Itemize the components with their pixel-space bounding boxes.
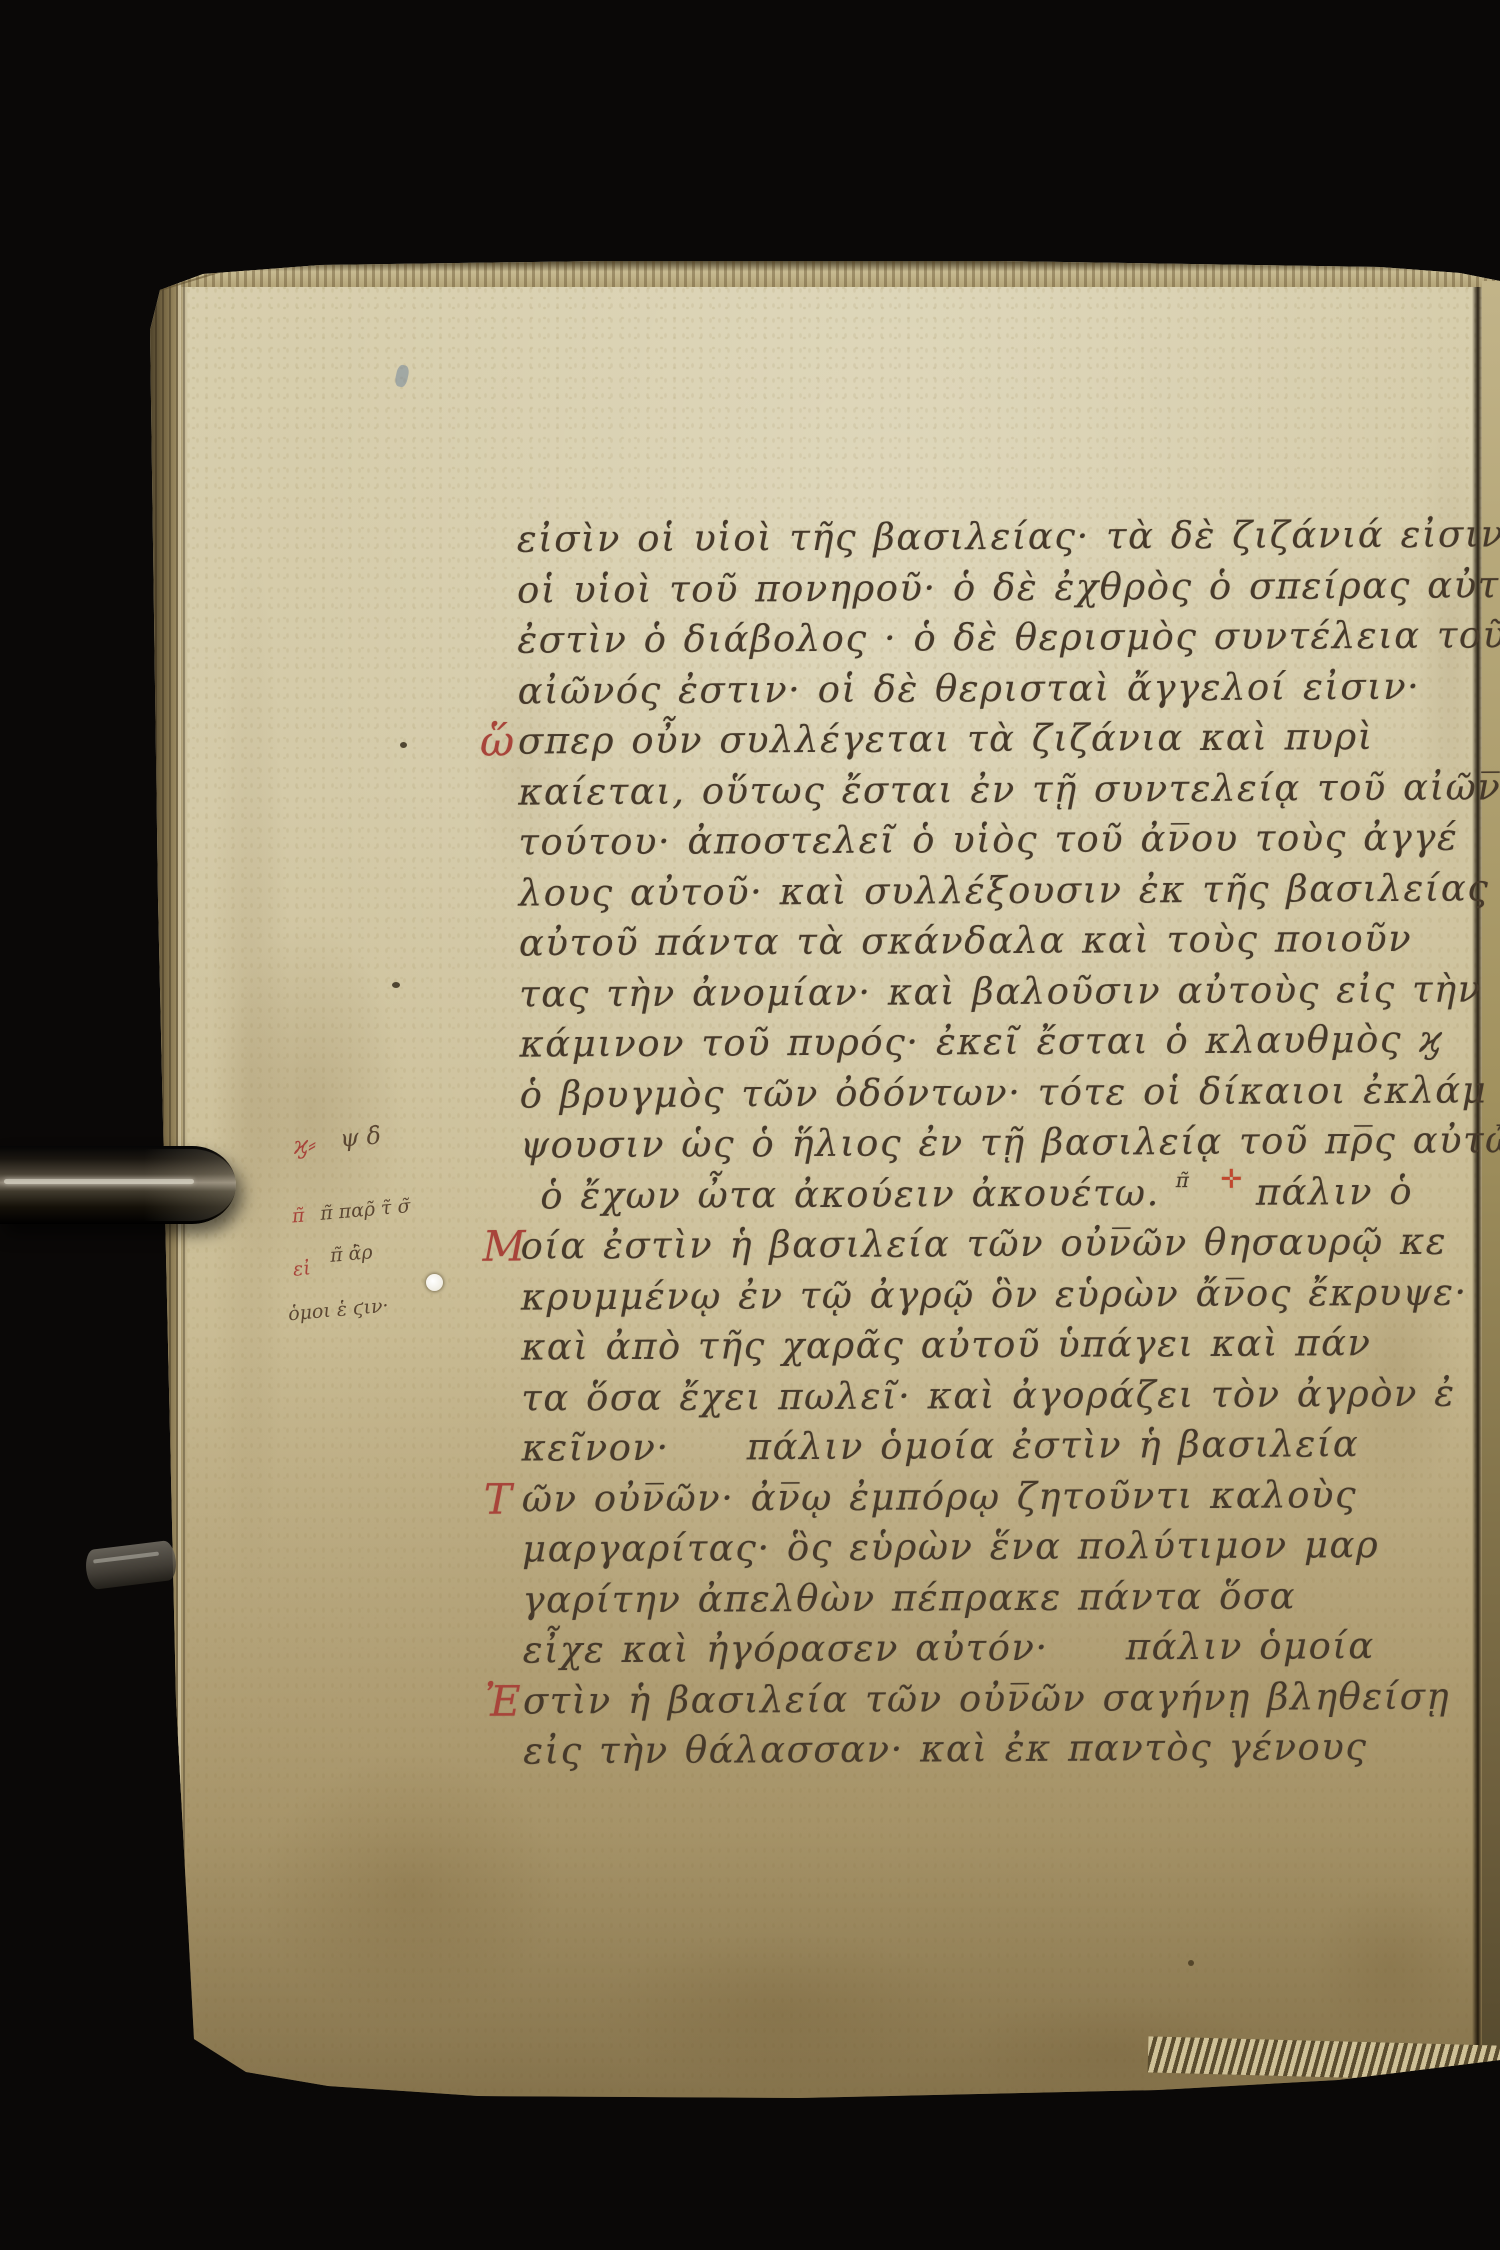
text-line: λους αὐτοῦ· καὶ συλλέξουσιν ἐκ τῆς βασιλ… — [519, 863, 1499, 919]
text-segment: κάμινον τοῦ πυρός· ἐκεῖ ἔσται ὁ κλαυθμὸς… — [519, 1018, 1443, 1066]
rod-highlight — [93, 1552, 159, 1564]
text-segment: σπερ οὖν συλλέγεται τὰ ζιζάνια καὶ πυρὶ — [518, 715, 1374, 762]
text-segment: ὁ ἔχων ὦτα ἀκούειν ἀκουέτω. — [540, 1171, 1160, 1217]
text-line: γαρίτην ἀπελθὼν πέπρακε πάντα ὅσα — [522, 1570, 1500, 1626]
text-segment: στὶν ἡ βασιλεία τῶν οὐν̅ῶν σαγήνῃ βληθεί… — [523, 1674, 1450, 1722]
text-segment: μαργαρίτας· ὃς εὑρὼν ἕνα πολύτιμον μαρ — [522, 1523, 1379, 1570]
text-segment: ψουσιν ὡς ὁ ἥλιος ἐν τῇ βασιλείᾳ τοῦ πρ̅… — [520, 1118, 1500, 1166]
manuscript-page: εἰσὶν οἱ υἱοὶ τῆς βασιλείας· τὰ δὲ ζιζάν… — [148, 253, 1500, 2113]
text-segment: εἶχε καὶ ἠγόρασεν αὐτόν· πάλιν ὁμοία — [523, 1624, 1375, 1671]
text-line: Ἐστὶν ἡ βασιλεία τῶν οὐν̅ῶν σαγήνῃ βληθε… — [523, 1671, 1500, 1727]
text-line: μαργαρίτας· ὃς εὑρὼν ἕνα πολύτιμον μαρ — [522, 1519, 1500, 1575]
rubric-initial: ὥ — [480, 717, 516, 768]
text-line: ἐστὶν ὁ διάβολος · ὁ δὲ θερισμὸς συντέλε… — [517, 610, 1497, 666]
rubric-initial: Μ — [482, 1222, 527, 1273]
text-line: κρυμμένῳ ἐν τῷ ἀγρῷ ὃν εὑρὼν ἄν̅ος ἔκρυψ… — [521, 1267, 1500, 1323]
text-line: τα ὅσα ἔχει πωλεῖ· καὶ ἀγοράζει τὸν ἀγρὸ… — [521, 1368, 1500, 1424]
rod-highlight — [4, 1179, 194, 1184]
rubric-initial: Ἐ — [485, 1676, 523, 1727]
text-line: Τῶν οὐν̅ῶν· ἀν̅ῳ ἐμπόρῳ ζητοῦντι καλοὺς — [522, 1469, 1500, 1525]
text-segment: καὶ ἀπὸ τῆς χαρᾶς αὐτοῦ ὑπάγει καὶ πάν — [521, 1321, 1372, 1368]
text-line: καίεται, οὕτως ἔσται ἐν τῇ συντελείᾳ τοῦ… — [518, 762, 1498, 818]
text-segment: γαρίτην ἀπελθὼν πέπρακε πάντα ὅσα — [522, 1574, 1296, 1621]
parchment-hole — [426, 1274, 443, 1291]
text-line: τας τὴν ἀνομίαν· καὶ βαλοῦσιν αὐτοὺς εἰς… — [519, 964, 1499, 1020]
text-segment: τούτου· ἀποστελεῖ ὁ υἱὸς τοῦ ἀν̅ου τοὺς … — [518, 816, 1458, 864]
text-segment: εἰσὶν οἱ υἱοὶ τῆς βασιλείας· τὰ δὲ ζιζάν… — [517, 512, 1500, 560]
photo-canvas: { "photo": { "subject": "Parchment page … — [0, 0, 1500, 2250]
text-segment: τα ὅσα ἔχει πωλεῖ· καὶ ἀγοράζει τὸν ἀγρὸ… — [521, 1371, 1455, 1419]
text-line: ὥσπερ οὖν συλλέγεται τὰ ζιζάνια καὶ πυρὶ — [518, 711, 1498, 767]
margin-note: ψ δ̑ — [339, 1121, 382, 1152]
text-segment: π̃ — [1176, 1168, 1191, 1192]
text-line: αὐτοῦ πάντα τὰ σκάνδαλα καὶ τοὺς ποιοῦν — [519, 913, 1499, 969]
margin-note: π̃ — [291, 1204, 305, 1227]
text-segment: οία ἐστὶν ἡ βασιλεία τῶν οὐν̅ῶν θησαυρῷ … — [520, 1220, 1447, 1268]
text-segment: τας τὴν ἀνομίαν· καὶ βαλοῦσιν αὐτοὺς εἰς… — [519, 967, 1482, 1015]
text-segment: πάλιν ὁ — [1256, 1169, 1414, 1213]
text-segment: αὐτοῦ πάντα τὰ σκάνδαλα καὶ τοὺς ποιοῦν — [519, 917, 1412, 965]
rubric-cross-icon: ✛ — [1220, 1164, 1243, 1194]
rod-rounded-tip — [144, 1149, 236, 1221]
margin-note: ϗ⸗ — [292, 1130, 317, 1161]
rubric-initial: Τ — [484, 1474, 514, 1525]
text-line: αἰῶνός ἐστιν· οἱ δὲ θερισταὶ ἄγγελοί εἰσ… — [517, 661, 1497, 717]
text-line: κάμινον τοῦ πυρός· ἐκεῖ ἔσται ὁ κλαυθμὸς… — [519, 1014, 1499, 1070]
margin-note: π̃ ἀ̑ρ — [329, 1241, 373, 1267]
text-segment: κρυμμένῳ ἐν τῷ ἀγρῷ ὃν εὑρὼν ἄν̅ος ἔκρυψ… — [521, 1270, 1468, 1318]
text-segment: εἰς τὴν θάλασσαν· καὶ ἐκ παντὸς γένους — [523, 1725, 1368, 1772]
text-line: εἰσὶν οἱ υἱοὶ τῆς βασιλείας· τὰ δὲ ζιζάν… — [517, 509, 1497, 565]
margin-note: εἰ — [292, 1257, 312, 1280]
text-line: ψουσιν ὡς ὁ ἥλιος ἐν τῇ βασιλείᾳ τοῦ πρ̅… — [520, 1115, 1500, 1171]
text-line: εἶχε καὶ ἠγόρασεν αὐτόν· πάλιν ὁμοία — [523, 1620, 1500, 1676]
second-rod-fragment — [84, 1540, 178, 1591]
text-line: καὶ ἀπὸ τῆς χαρᾶς αὐτοῦ ὑπάγει καὶ πάν — [521, 1317, 1500, 1373]
text-segment: ὁ βρυγμὸς τῶν ὀδόντων· τότε οἱ δίκαιοι ἐ… — [520, 1068, 1488, 1116]
text-segment: ἐστὶν ὁ διάβολος · ὁ δὲ θερισμὸς συντέλε… — [517, 613, 1500, 661]
text-segment: αἰῶνός ἐστιν· οἱ δὲ θερισταὶ ἄγγελοί εἰσ… — [518, 664, 1421, 712]
text-segment: κεῖνον· πάλιν ὁμοία ἐστὶν ἡ βασιλεία — [521, 1422, 1359, 1469]
text-line: Μοία ἐστὶν ἡ βασιλεία τῶν οὐν̅ῶν θησαυρῷ… — [520, 1216, 1500, 1272]
text-line: εἰς τὴν θάλασσαν· καὶ ἐκ παντὸς γένους — [523, 1721, 1500, 1777]
text-segment: οἱ υἱοὶ τοῦ πονηροῦ· ὁ δὲ ἐχθρὸς ὁ σπείρ… — [517, 563, 1500, 611]
text-line: τούτου· ἀποστελεῖ ὁ υἱὸς τοῦ ἀν̅ου τοὺς … — [518, 812, 1498, 868]
text-line: ὁ βρυγμὸς τῶν ὀδόντων· τότε οἱ δίκαιοι ἐ… — [520, 1065, 1500, 1121]
text-segment: ῶν οὐν̅ῶν· ἀν̅ῳ ἐμπόρῳ ζητοῦντι καλοὺς — [522, 1473, 1358, 1520]
text-block: εἰσὶν οἱ υἱοὶ τῆς βασιλείας· τὰ δὲ ζιζάν… — [517, 509, 1500, 1777]
text-line: οἱ υἱοὶ τοῦ πονηροῦ· ὁ δὲ ἐχθρὸς ὁ σπείρ… — [517, 560, 1497, 616]
text-line: ὁ ἔχων ὦτα ἀκούειν ἀκουέτω.π̃✛πάλιν ὁ — [520, 1166, 1500, 1222]
glass-page-weight-rod — [0, 1146, 236, 1224]
text-line: κεῖνον· πάλιν ὁμοία ἐστὶν ἡ βασιλεία — [521, 1418, 1500, 1474]
text-segment: λους αὐτοῦ· καὶ συλλέξουσιν ἐκ τῆς βασιλ… — [519, 866, 1490, 914]
text-segment: καίεται, οὕτως ἔσται ἐν τῇ συντελείᾳ τοῦ… — [518, 765, 1500, 813]
page-stack-top-edge — [148, 259, 1500, 287]
